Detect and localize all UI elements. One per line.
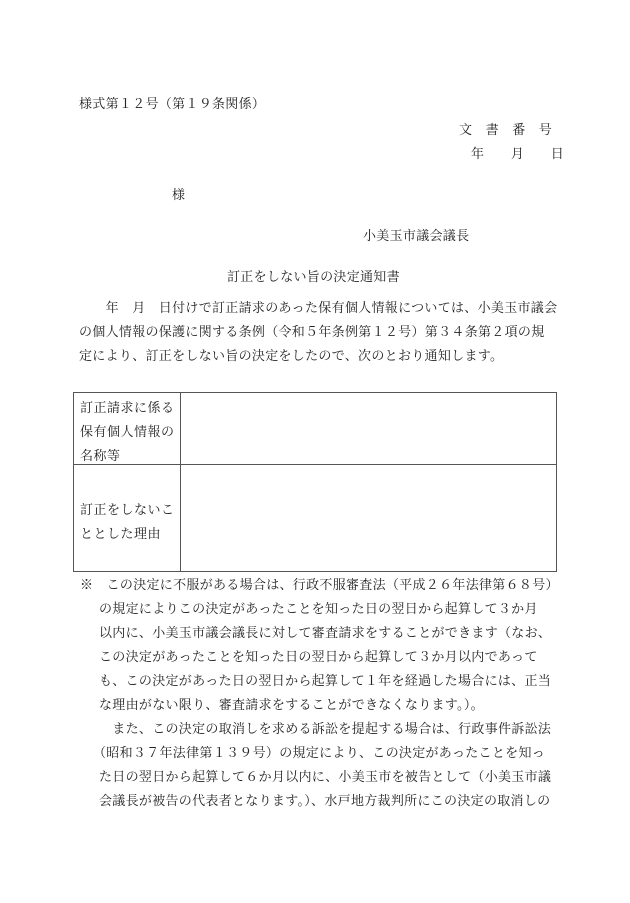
document-number-label: 文 書 番 号 xyxy=(459,124,552,138)
note-line: また、この決定の取消しを求める訴訟を提起する場合は、行政事件訴訟法 xyxy=(80,718,560,742)
note-line: の規定によりこの決定があったことを知った日の翌日から起算して３か月 xyxy=(80,598,560,622)
body-line: 定により、訂正をしない旨の決定をしたので、次のとおり通知します。 xyxy=(79,345,555,369)
note-line: 以内に、小美玉市議会議長に対して審査請求をすることができます（なお、 xyxy=(80,622,560,646)
reason-value-field[interactable] xyxy=(182,465,556,571)
table-label-cell: 訂正請求に係る 保有個人情報の 名称等 xyxy=(74,393,181,464)
record-name-value-field[interactable] xyxy=(182,393,556,464)
body-line: の個人情報の保護に関する条例（令和５年条例第１２号）第３４条第２項の規 xyxy=(79,321,555,345)
label-line: ととした理由 xyxy=(80,523,180,547)
form-identifier: 様式第１２号（第１９条関係） xyxy=(79,98,265,112)
note-line: この決定があったことを知った日の翌日から起算して３か月以内であって xyxy=(80,646,560,670)
table-label-cell: 訂正をしないこ ととした理由 xyxy=(74,465,181,571)
label-line: 保有個人情報の xyxy=(80,421,180,445)
decision-table: 訂正請求に係る 保有個人情報の 名称等 訂正をしないこ ととした理由 xyxy=(73,392,557,572)
body-paragraph: 年 月 日付けで訂正請求のあった保有個人情報については、小美玉市議会 の個人情報… xyxy=(79,297,555,369)
document-title: 訂正をしない旨の決定通知書 xyxy=(227,271,400,285)
note-line: な理由がない限り、審査請求をすることができなくなります。）。 xyxy=(80,694,560,718)
note-line: た日の翌日から起算して６か月以内に、小美玉市を被告として（小美玉市議 xyxy=(80,766,560,790)
note-line: も、この決定があった日の翌日から起算して１年を経過した場合には、正当 xyxy=(80,670,560,694)
label-line: 訂正をしないこ xyxy=(80,499,180,523)
sender-name: 小美玉市議会議長 xyxy=(363,230,469,244)
table-row-reason: 訂正をしないこ ととした理由 xyxy=(74,465,556,571)
addressee-honorific: 様 xyxy=(172,189,185,203)
label-line: 訂正請求に係る xyxy=(80,397,180,421)
appeal-note: ※ この決定に不服がある場合は、行政不服審査法（平成２６年法律第６８号） の規定… xyxy=(80,574,560,814)
note-line: ※ この決定に不服がある場合は、行政不服審査法（平成２６年法律第６８号） xyxy=(80,574,560,598)
body-line: 年 月 日付けで訂正請求のあった保有個人情報については、小美玉市議会 xyxy=(79,297,555,321)
note-line: （昭和３７年法律第１３９号）の規定により、この決定があったことを知っ xyxy=(80,742,560,766)
date-label: 年 月 日 xyxy=(471,148,564,162)
note-line: 会議長が被告の代表者となります。）、水戸地方裁判所にこの決定の取消しの xyxy=(80,790,560,814)
table-row-record-name: 訂正請求に係る 保有個人情報の 名称等 xyxy=(74,393,556,465)
